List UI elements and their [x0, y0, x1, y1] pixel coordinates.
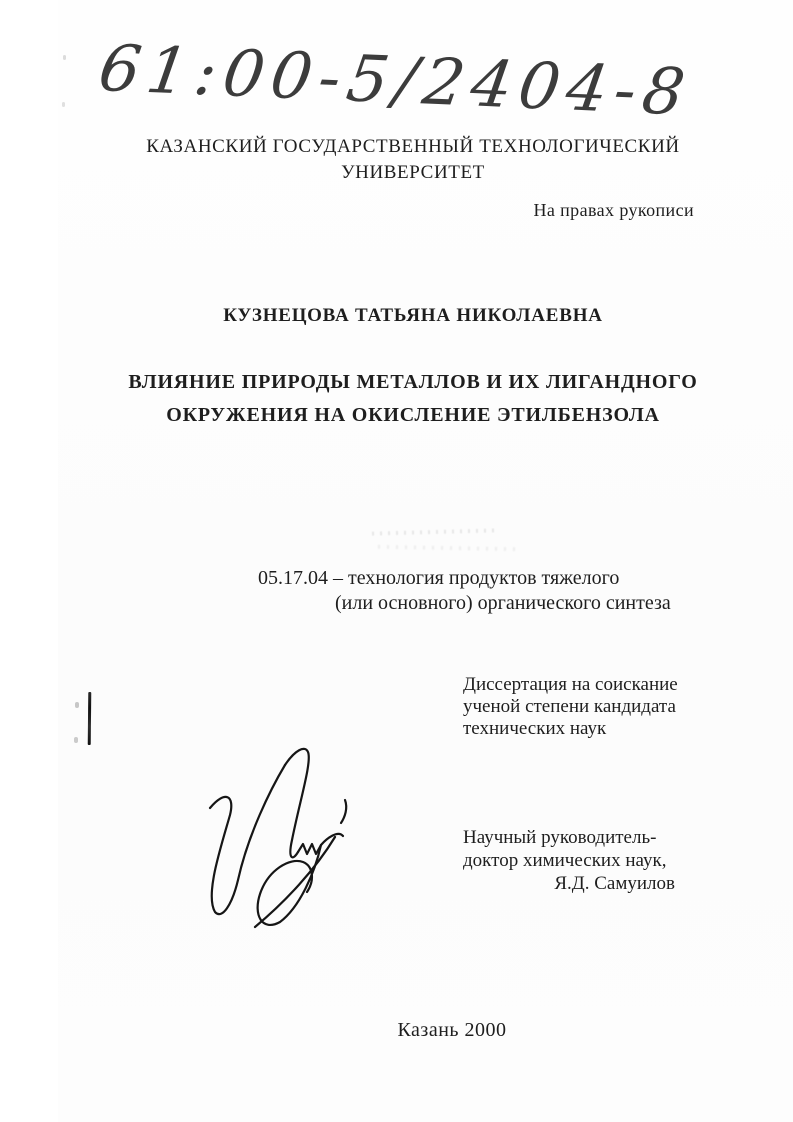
- place-and-year: Казань 2000: [140, 1019, 764, 1042]
- degree-statement: Диссертация на соискание ученой степени …: [463, 674, 678, 740]
- manuscript-rights-note: На правах рукописи: [533, 200, 694, 221]
- signature-scribble: [195, 742, 365, 942]
- scan-speck: [63, 55, 66, 60]
- university-name-line1: КАЗАНСКИЙ ГОСУДАРСТВЕННЫЙ ТЕХНОЛОГИЧЕСКИ…: [60, 134, 766, 160]
- specialty-line1: 05.17.04 – технология продуктов тяжелого: [258, 566, 698, 591]
- supervisor-name: Я.Д. Самуилов: [463, 872, 675, 895]
- author-name: КУЗНЕЦОВА ТАТЬЯНА НИКОЛАЕВНА: [60, 305, 766, 327]
- university-name: КАЗАНСКИЙ ГОСУДАРСТВЕННЫЙ ТЕХНОЛОГИЧЕСКИ…: [60, 134, 766, 186]
- supervisor-line2: доктор химических наук,: [463, 849, 675, 872]
- degree-statement-line1: Диссертация на соискание: [463, 674, 678, 696]
- scan-speck: [62, 102, 65, 107]
- dissertation-title-page: 61:00-5/2404-8 КАЗАНСКИЙ ГОСУДАРСТВЕННЫЙ…: [0, 0, 793, 1122]
- margin-speck: [74, 737, 78, 743]
- dissertation-title-line1: ВЛИЯНИЕ ПРИРОДЫ МЕТАЛЛОВ И ИХ ЛИГАНДНОГО: [60, 366, 766, 399]
- university-name-line2: УНИВЕРСИТЕТ: [60, 160, 766, 186]
- degree-statement-line3: технических наук: [463, 718, 678, 740]
- dissertation-title-line2: ОКРУЖЕНИЯ НА ОКИСЛЕНИЕ ЭТИЛБЕНЗОЛА: [60, 399, 766, 432]
- signature-icon: [195, 742, 365, 942]
- supervisor-line1: Научный руководитель-: [463, 826, 675, 849]
- margin-speck: [75, 702, 79, 708]
- dissertation-title: ВЛИЯНИЕ ПРИРОДЫ МЕТАЛЛОВ И ИХ ЛИГАНДНОГО…: [60, 366, 766, 432]
- supervisor-block: Научный руководитель- доктор химических …: [463, 826, 675, 895]
- degree-statement-line2: ученой степени кандидата: [463, 696, 678, 718]
- margin-pen-mark: [88, 692, 92, 745]
- specialty-code-block: 05.17.04 – технология продуктов тяжелого…: [258, 566, 698, 616]
- specialty-line2: (или основного) органического синтеза: [258, 591, 698, 616]
